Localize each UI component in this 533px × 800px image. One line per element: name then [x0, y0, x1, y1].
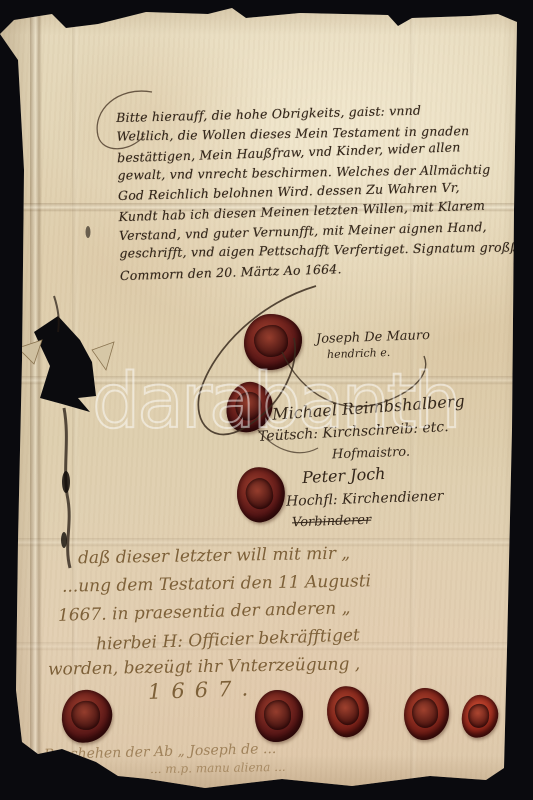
signature-title-1: hendrich e.	[327, 346, 391, 361]
signature-title2-2: Hofmaistro.	[332, 445, 411, 463]
bottom-text-line: ... m.p. manu aliena ...	[150, 760, 286, 776]
main-text-block: Bitte hierauff, die hohe Obrigkeits, gai…	[116, 100, 450, 284]
photo-of-manuscript: Bitte hierauff, die hohe Obrigkeits, gai…	[0, 0, 533, 800]
signature-title2-3: Vorbinderer	[292, 513, 372, 531]
paper-sheet: Bitte hierauff, die hohe Obrigkeits, gai…	[0, 0, 533, 800]
attestation-year: 1667.	[148, 676, 259, 704]
